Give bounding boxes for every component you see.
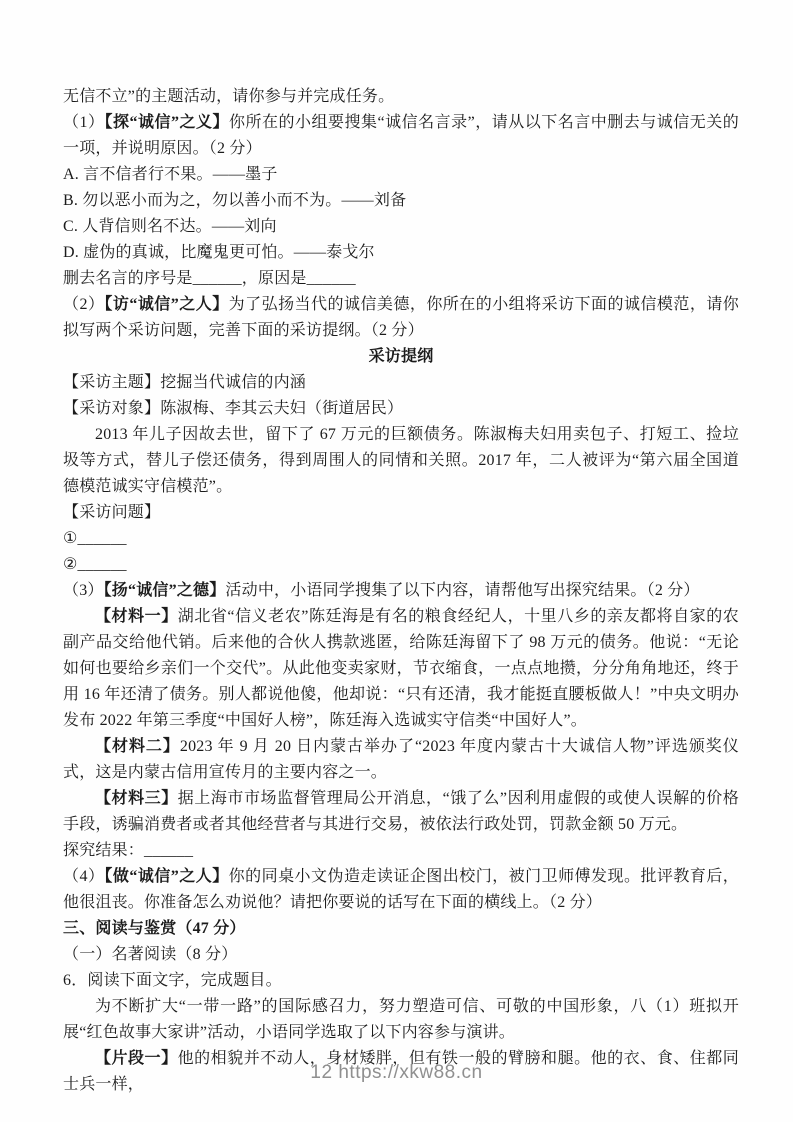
interview-blank-1: ①______ (63, 526, 739, 552)
text-run: 删去名言的序号是______，原因是______ (63, 270, 356, 287)
question-2: （2）【访“诚信”之人】为了弘扬当代的诚信美德，你所在的小组将采访下面的诚信模范… (63, 292, 739, 344)
page-number: 12 (310, 1062, 332, 1083)
interview-background: 2013 年儿子因故去世，留下了 67 万元的巨额债务。陈淑梅夫妇用卖包子、打短… (63, 422, 739, 500)
question-4: （4）【做“诚信”之人】你的同桌小文伪造走读证企图出校门，被门卫师傅发现。批评教… (63, 864, 739, 916)
text-run: ①______ (63, 530, 127, 547)
bold-label: 【探“诚信”之义】 (105, 114, 230, 131)
text-run: （4） (63, 868, 104, 885)
text-run: 三、阅读与鉴赏（47 分） (63, 920, 246, 937)
continuation-line: 无信不立”的主题活动，请你参与并完成任务。 (63, 84, 739, 110)
bold-label: 【访“诚信”之人】 (104, 296, 228, 313)
interview-outline-title: 采访提纲 (63, 344, 739, 370)
option-c: C. 人背信则名不达。——刘向 (63, 214, 739, 240)
text-run: 采访提纲 (369, 348, 434, 365)
option-d: D. 虚伪的真诚，比魔鬼更可怕。——泰戈尔 (63, 240, 739, 266)
question-6-intro: 为不断扩大“一带一路”的国际感召力，努力塑造可信、可敬的中国形象，八（1）班拟开… (63, 994, 739, 1046)
text-run: （1） (63, 114, 105, 131)
subsection-1-heading: （一）名著阅读（8 分） (63, 942, 739, 968)
exploration-result-blank: 探究结果：______ (63, 838, 739, 864)
text-run: 湖北省“信义老农”陈廷海是有名的粮食经纪人，十里八乡的亲友都将自家的农副产品交给… (63, 608, 739, 729)
section-3-heading: 三、阅读与鉴赏（47 分） (63, 916, 739, 942)
exam-paper-page: 无信不立”的主题活动，请你参与并完成任务。（1）【探“诚信”之义】你所在的小组要… (0, 0, 793, 1122)
text-run: B. 勿以恶小而为之，勿以善小而不为。——刘备 (63, 192, 406, 209)
option-b: B. 勿以恶小而为之，勿以善小而不为。——刘备 (63, 188, 739, 214)
material-2: 【材料二】2023 年 9 月 20 日内蒙古举办了“2023 年度内蒙古十大诚… (63, 734, 739, 786)
bold-label: 【材料一】 (95, 608, 178, 625)
text-run: C. 人背信则名不达。——刘向 (63, 218, 277, 235)
text-run: 活动中，小语同学搜集了以下内容，请帮他写出探究结果。（2 分） (225, 582, 699, 599)
interview-subject: 【采访对象】陈淑梅、李其云夫妇（街道居民） (63, 396, 739, 422)
text-run: 2013 年儿子因故去世，留下了 67 万元的巨额债务。陈淑梅夫妇用卖包子、打短… (63, 426, 739, 495)
material-3: 【材料三】据上海市市场监督管理局公开消息，“饿了么”因利用虚假的或使人误解的价格… (63, 786, 739, 838)
bold-label: 【材料三】 (95, 790, 178, 807)
text-run: 无信不立”的主题活动，请你参与并完成任务。 (63, 88, 394, 105)
text-run: 【采访主题】挖掘当代诚信的内涵 (63, 374, 306, 391)
text-run: D. 虚伪的真诚，比魔鬼更可怕。——泰戈尔 (63, 244, 375, 261)
page-footer: 12 https://xkw88.cn (0, 1062, 793, 1084)
question-6: 6．阅读下面文字，完成题目。 (63, 968, 739, 994)
text-run: ②______ (63, 556, 127, 573)
text-run: 为不断扩大“一带一路”的国际感召力，努力塑造可信、可敬的中国形象，八（1）班拟开… (63, 998, 739, 1041)
text-run: A. 言不信者行不果。——墨子 (63, 166, 278, 183)
document-body: 无信不立”的主题活动，请你参与并完成任务。（1）【探“诚信”之义】你所在的小组要… (63, 84, 739, 1098)
question-1: （1）【探“诚信”之义】你所在的小组要搜集“诚信名言录”，请从以下名言中删去与诚… (63, 110, 739, 162)
question-3: （3）【扬“诚信”之德】活动中，小语同学搜集了以下内容，请帮他写出探究结果。（2… (63, 578, 739, 604)
bold-label: 【材料二】 (95, 738, 180, 755)
text-run: 6．阅读下面文字，完成题目。 (63, 972, 282, 989)
material-1: 【材料一】湖北省“信义老农”陈廷海是有名的粮食经纪人，十里八乡的亲友都将自家的农… (63, 604, 739, 734)
interview-topic: 【采访主题】挖掘当代诚信的内涵 (63, 370, 739, 396)
text-run: （一）名著阅读（8 分） (63, 946, 237, 963)
text-run: 【采访对象】陈淑梅、李其云夫妇（街道居民） (63, 400, 403, 417)
answer-blank-line: 删去名言的序号是______，原因是______ (63, 266, 739, 292)
watermark-url: https://xkw88.cn (338, 1062, 482, 1083)
interview-blank-2: ②______ (63, 552, 739, 578)
text-run: （3） (63, 582, 104, 599)
text-run: 【采访问题】 (63, 504, 160, 521)
bold-label: 【做“诚信”之人】 (104, 868, 228, 885)
text-run: （2） (63, 296, 104, 313)
text-run: 探究结果：______ (63, 842, 193, 859)
interview-questions-label: 【采访问题】 (63, 500, 739, 526)
option-a: A. 言不信者行不果。——墨子 (63, 162, 739, 188)
bold-label: 【扬“诚信”之德】 (104, 582, 226, 599)
